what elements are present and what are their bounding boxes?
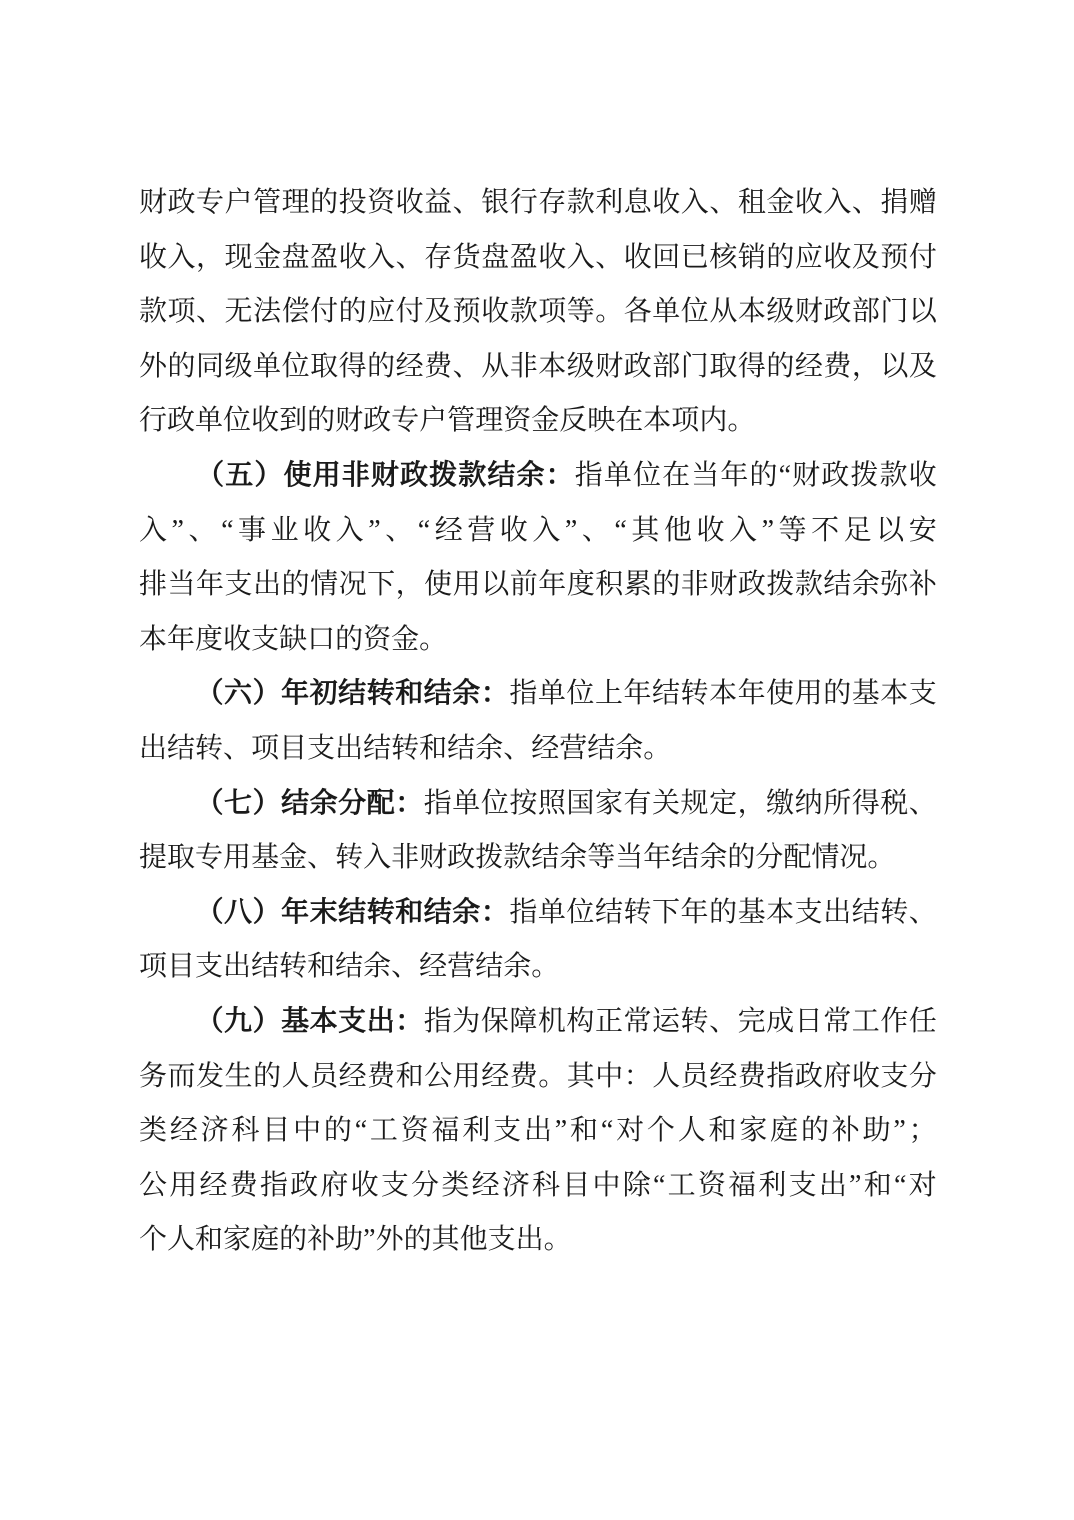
body-character: 余 [503, 940, 531, 995]
body-character: 结 [447, 722, 475, 777]
body-character: 部 [652, 340, 680, 395]
body-character: 映 [587, 394, 615, 449]
body-character: 机 [538, 995, 566, 1050]
body-character: 收 [396, 176, 424, 231]
body-character: 赠 [909, 176, 937, 231]
body-character: 本 [538, 340, 566, 395]
body-character: ” [172, 504, 184, 559]
body-character: 的 [709, 886, 737, 941]
body-character: 结 [823, 558, 851, 613]
body-character: 拨 [766, 558, 794, 613]
body-character: 庭 [770, 1104, 798, 1159]
body-character: “ [601, 1104, 613, 1159]
body-character: 营 [467, 504, 495, 559]
body-character: 以 [876, 504, 904, 559]
body-character: 、 [453, 176, 481, 231]
text-line: 款项、无法偿付的应付及预收款项等。各单位从本级财政部门以 [139, 285, 937, 340]
body-character: 财 [709, 558, 737, 613]
body-character: 用 [223, 831, 251, 886]
body-character: 的 [324, 1104, 352, 1159]
body-character: 他 [460, 1213, 488, 1268]
body-character: 收 [351, 1159, 379, 1214]
body-character: “ [779, 449, 791, 504]
body-character: 收 [624, 231, 652, 286]
body-character: 政 [290, 1159, 318, 1214]
body-character: 人 [678, 1104, 706, 1159]
body-character: 下 [367, 558, 395, 613]
body-character: 员 [310, 1050, 338, 1105]
body-character: 资 [367, 176, 395, 231]
body-character: 及 [424, 285, 452, 340]
body-character: 拨 [850, 449, 878, 504]
body-character: 取 [709, 340, 737, 395]
body-character: 单 [652, 285, 680, 340]
body-character: 结 [251, 940, 279, 995]
body-character: 指 [424, 995, 452, 1050]
body-character: “ [614, 504, 626, 559]
body-character: 工 [668, 1159, 696, 1214]
body-character: 入 [823, 176, 851, 231]
heading-character: 财 [371, 449, 399, 504]
body-character: 收 [251, 394, 279, 449]
body-character: 金 [253, 231, 281, 286]
body-character: 和 [419, 722, 447, 777]
heading-character: 用 [313, 449, 341, 504]
body-character: 类 [139, 1104, 167, 1159]
body-character: 足 [844, 504, 872, 559]
heading-character: （ [196, 667, 224, 722]
body-character: 收 [909, 449, 937, 504]
body-character: 目 [167, 940, 195, 995]
body-character: 转 [880, 886, 908, 941]
body-character: 经 [481, 1050, 509, 1105]
body-character: 专 [196, 176, 224, 231]
body-character: 府 [320, 1159, 348, 1214]
body-character: 付 [396, 285, 424, 340]
body-character: 同 [196, 340, 224, 395]
body-character: 人 [167, 1213, 195, 1268]
body-character: 、 [196, 285, 224, 340]
body-character: 的 [307, 394, 335, 449]
body-character: 、 [189, 504, 217, 559]
body-character: 的 [282, 558, 310, 613]
body-character: 入 [567, 231, 595, 286]
body-character: 年 [623, 667, 651, 722]
body-character: 金 [279, 831, 307, 886]
body-character: 项 [251, 722, 279, 777]
heading-character: ） [253, 886, 281, 941]
body-character: 在 [662, 449, 690, 504]
body-character: 转 [681, 995, 709, 1050]
body-character: 缺 [279, 613, 307, 668]
body-character: 单 [604, 449, 632, 504]
body-character: 支 [909, 667, 937, 722]
body-character: 排 [139, 558, 167, 613]
body-character: 政 [363, 394, 391, 449]
text-line: 外的同级单位取得的经费、从非本级财政部门取得的经费，以及 [139, 340, 937, 395]
body-character: 金 [391, 613, 419, 668]
body-character: 收 [339, 231, 367, 286]
body-character: 务 [139, 1050, 167, 1105]
heading-character: 余 [452, 886, 480, 941]
body-character: 类 [441, 1159, 469, 1214]
text-line: 行政单位收到的财政专户管理资金反映在本项内。 [139, 394, 937, 449]
heading-character: 余 [310, 777, 338, 832]
body-character: 非 [510, 340, 538, 395]
body-character: 使 [424, 558, 452, 613]
body-character: 经 [199, 1159, 227, 1214]
body-character: 的 [339, 285, 367, 340]
text-line: 收入，现金盘盈收入、存货盘盈收入、收回已核销的应收及预付 [139, 231, 937, 286]
body-character: 、 [709, 176, 737, 231]
body-character: 年 [738, 667, 766, 722]
body-character: 结 [671, 831, 699, 886]
body-character: 完 [738, 995, 766, 1050]
body-character: 项 [538, 285, 566, 340]
body-character: 位 [481, 777, 509, 832]
body-character: 收 [795, 176, 823, 231]
body-character: 资 [401, 1104, 429, 1159]
body-character: 款 [503, 831, 531, 886]
body-character: 资 [363, 613, 391, 668]
body-character: 结 [475, 940, 503, 995]
body-character: 收 [852, 1050, 880, 1105]
body-character: 盈 [310, 231, 338, 286]
body-character: 余 [615, 722, 643, 777]
body-character: 银 [481, 176, 509, 231]
body-character: 基 [251, 831, 279, 886]
body-character: 、 [709, 995, 737, 1050]
body-character: 政 [624, 340, 652, 395]
body-character: 及 [852, 231, 880, 286]
body-character: 出 [819, 1159, 847, 1214]
body-character: 费 [510, 1050, 538, 1105]
body-character: 无 [225, 285, 253, 340]
body-character: ” [555, 1104, 567, 1159]
body-character: 款 [510, 285, 538, 340]
body-character: 政 [823, 285, 851, 340]
heading-character: （ [196, 995, 224, 1050]
body-character: 理 [475, 394, 503, 449]
body-character: 国 [566, 777, 594, 832]
body-character: ” [565, 504, 577, 559]
heading-character: 九 [224, 995, 252, 1050]
body-character: 和 [709, 1104, 737, 1159]
body-character: 他 [664, 504, 692, 559]
body-character: 外 [376, 1213, 404, 1268]
body-character: 结 [335, 940, 363, 995]
body-character: 结 [852, 886, 880, 941]
body-character: 余 [475, 722, 503, 777]
body-character: 的 [652, 558, 680, 613]
body-character: 其 [631, 504, 659, 559]
body-character: 上 [595, 667, 623, 722]
body-character: 入 [367, 231, 395, 286]
text-line: 公用经费指政府收支分类经济科目中除“工资福利支出”和“对 [139, 1159, 937, 1214]
body-character: ” [368, 504, 380, 559]
body-character: 营 [559, 722, 587, 777]
text-line: 财政专户管理的投资收益、银行存款利息收入、租金收入、捐赠 [139, 176, 937, 231]
body-character: 和 [195, 1213, 223, 1268]
body-character: 出 [823, 886, 851, 941]
body-character: 得 [738, 340, 766, 395]
body-character: ” [849, 1159, 861, 1214]
body-character: 收 [303, 504, 331, 559]
heading-character: 出 [367, 995, 395, 1050]
body-character: 对 [616, 1104, 644, 1159]
heading-character: 结 [338, 667, 366, 722]
body-character: 指 [509, 886, 537, 941]
heading-character: 五 [225, 449, 253, 504]
body-character: 生 [225, 1050, 253, 1105]
body-character: 、 [582, 504, 610, 559]
body-character: 前 [510, 558, 538, 613]
body-character: 日 [795, 995, 823, 1050]
body-character: 付 [310, 285, 338, 340]
body-character: 福 [728, 1159, 756, 1214]
text-line: （八）年末结转和结余：指单位结转下年的基本支出结转、 [139, 886, 937, 941]
body-character: 家 [223, 1213, 251, 1268]
text-line: 务而发生的人员经费和公用经费。其中：人员经费指政府收支分 [139, 1050, 937, 1105]
body-character: 中 [593, 1159, 621, 1214]
body-character: 费 [738, 1050, 766, 1105]
body-character: 反 [559, 394, 587, 449]
body-character: 政 [795, 1050, 823, 1105]
body-character: 行 [139, 394, 167, 449]
body-character: “ [221, 504, 233, 559]
body-character: 发 [196, 1050, 224, 1105]
body-character: 年 [643, 831, 671, 886]
body-character: 位 [681, 285, 709, 340]
body-character: 。 [727, 394, 755, 449]
body-character: 结 [595, 886, 623, 941]
body-character: 位 [566, 667, 594, 722]
body-character: 入 [729, 504, 757, 559]
body-character: 款 [567, 176, 595, 231]
body-character: 而 [168, 1050, 196, 1105]
body-character: 财 [139, 176, 167, 231]
body-character: 支 [251, 613, 279, 668]
body-character: 盘 [481, 231, 509, 286]
body-character: 入 [681, 176, 709, 231]
body-character: ； [909, 1104, 937, 1159]
heading-character: 和 [395, 667, 423, 722]
text-line: 项目支出结转和结余、经营结余。 [139, 940, 937, 995]
body-character: 财 [335, 394, 363, 449]
body-character: 工 [370, 1104, 398, 1159]
body-character: 任 [909, 995, 937, 1050]
body-character: 助 [863, 1104, 891, 1159]
heading-character: 分 [338, 777, 366, 832]
body-character: 的 [801, 1104, 829, 1159]
body-character: 盈 [510, 231, 538, 286]
body-character: 障 [509, 995, 537, 1050]
body-character: 管 [253, 176, 281, 231]
heading-character: 初 [310, 667, 338, 722]
body-character: 的 [335, 613, 363, 668]
body-character: 缴 [766, 777, 794, 832]
body-character: 取 [167, 831, 195, 886]
body-character: 以 [909, 285, 937, 340]
heading-character: 政 [400, 449, 428, 504]
body-character: 指 [424, 777, 452, 832]
body-character: 利 [462, 1104, 490, 1159]
body-character: 位 [282, 340, 310, 395]
body-character: 捐 [880, 176, 908, 231]
body-character: 情 [310, 558, 338, 613]
body-character: 支 [381, 1159, 409, 1214]
body-character: 作 [880, 995, 908, 1050]
heading-character: 转 [367, 886, 395, 941]
body-character: 年 [681, 886, 709, 941]
body-character: 科 [231, 1104, 259, 1159]
body-character: 指 [509, 667, 537, 722]
body-character: ： [624, 1050, 652, 1105]
body-character: 款 [880, 449, 908, 504]
body-character: 税 [880, 777, 908, 832]
body-character: “ [355, 1104, 367, 1159]
text-line: 提取专用基金、转入非财政拨款结余等当年结余的分配情况。 [139, 831, 937, 886]
body-character: 等 [567, 285, 595, 340]
text-line: 入”、“事业收入”、“经营收入”、“其他收入”等不足以安 [139, 504, 937, 559]
body-character: 收 [652, 176, 680, 231]
body-character: 当 [691, 449, 719, 504]
body-character: 内 [699, 394, 727, 449]
body-character: 入 [336, 504, 364, 559]
body-character: 况 [339, 558, 367, 613]
body-character: 分 [411, 1159, 439, 1214]
body-character: 偿 [282, 285, 310, 340]
body-character: “ [653, 1159, 665, 1214]
text-line: （七）结余分配：指单位按照国家有关规定，缴纳所得税、 [139, 777, 937, 832]
body-character: 金 [531, 394, 559, 449]
body-character: 得 [339, 340, 367, 395]
body-character: 级 [225, 340, 253, 395]
body-character: 经 [419, 940, 447, 995]
heading-character: 本 [310, 995, 338, 1050]
body-character: ” [363, 1213, 375, 1268]
body-character: 资 [698, 1159, 726, 1214]
body-character: 支 [307, 722, 335, 777]
body-character: 本 [643, 394, 671, 449]
body-character: 非 [681, 558, 709, 613]
document-body: 财政专户管理的投资收益、银行存款利息收入、租金收入、捐赠收入，现金盘盈收入、存货… [139, 176, 937, 1268]
heading-character: （ [196, 777, 224, 832]
body-character: 、 [909, 777, 937, 832]
heading-character: 款 [458, 449, 486, 504]
body-character: 的 [168, 340, 196, 395]
body-character: 正 [595, 995, 623, 1050]
body-character: 科 [532, 1159, 560, 1214]
body-character: 。 [595, 285, 623, 340]
body-character: 目 [279, 722, 307, 777]
body-character: 预 [453, 285, 481, 340]
body-character: 其 [567, 1050, 595, 1105]
body-character: 余 [699, 831, 727, 886]
body-character: 支 [195, 940, 223, 995]
body-character: 支 [493, 1104, 521, 1159]
body-character: 提 [139, 831, 167, 886]
body-character: 除 [623, 1159, 651, 1214]
body-character: 非 [391, 831, 419, 886]
body-character: 等 [779, 504, 807, 559]
body-character: 存 [424, 231, 452, 286]
body-character: 关 [652, 777, 680, 832]
body-character: 纳 [795, 777, 823, 832]
body-character: 出 [524, 1104, 552, 1159]
heading-character: ： [481, 667, 509, 722]
body-character: 利 [758, 1159, 786, 1214]
text-line: （六）年初结转和结余：指单位上年结转本年使用的基本支 [139, 667, 937, 722]
heading-character: 使 [283, 449, 311, 504]
body-character: 财 [795, 285, 823, 340]
body-character: 存 [538, 176, 566, 231]
heading-character: 年 [281, 667, 309, 722]
body-character: 转 [279, 940, 307, 995]
body-character: 人 [282, 1050, 310, 1105]
text-line: （五）使用非财政拨款结余：指单位在当年的“财政拨款收 [139, 449, 937, 504]
body-character: 公 [139, 1159, 167, 1214]
body-character: 支 [488, 1213, 516, 1268]
body-character: 人 [652, 1050, 680, 1105]
body-character: 度 [195, 613, 223, 668]
body-character: 家 [739, 1104, 767, 1159]
body-character: 本 [766, 886, 794, 941]
body-character: 户 [419, 394, 447, 449]
body-character: 盘 [282, 231, 310, 286]
body-character: 级 [766, 285, 794, 340]
body-character: 余 [363, 940, 391, 995]
heading-character: 结 [424, 667, 452, 722]
body-character: 、 [453, 340, 481, 395]
body-character: 支 [795, 886, 823, 941]
body-character: 外 [139, 340, 167, 395]
body-character: 经 [531, 722, 559, 777]
body-character: ， [852, 340, 880, 395]
body-character: 经 [472, 1159, 500, 1214]
heading-character: 余 [516, 449, 544, 504]
body-character: “ [418, 504, 430, 559]
body-character: 款 [795, 558, 823, 613]
body-character: 费 [424, 340, 452, 395]
body-character: 定 [709, 777, 737, 832]
body-character: 为 [452, 995, 480, 1050]
body-character: 、 [307, 831, 335, 886]
body-character: 收 [538, 231, 566, 286]
text-line: 本年度收支缺口的资金。 [139, 613, 937, 668]
body-character: 运 [652, 995, 680, 1050]
body-character: 。 [643, 722, 671, 777]
body-character: 、 [391, 940, 419, 995]
body-character: 租 [738, 176, 766, 231]
body-character: 积 [595, 558, 623, 613]
body-character: 得 [852, 777, 880, 832]
body-character: 回 [652, 231, 680, 286]
body-character: 的 [253, 1050, 281, 1105]
body-character: 法 [253, 285, 281, 340]
body-character: 本 [738, 285, 766, 340]
body-character: 专 [195, 831, 223, 886]
body-character: 等 [587, 831, 615, 886]
body-character: 以 [481, 558, 509, 613]
body-character: 、 [223, 722, 251, 777]
body-character: 位 [633, 449, 661, 504]
body-character: 费 [823, 340, 851, 395]
body-character: 核 [709, 231, 737, 286]
body-character: 项 [139, 940, 167, 995]
body-character: 结 [652, 667, 680, 722]
document-page: 财政专户管理的投资收益、银行存款利息收入、租金收入、捐赠收入，现金盘盈收入、存货… [0, 0, 1074, 1520]
